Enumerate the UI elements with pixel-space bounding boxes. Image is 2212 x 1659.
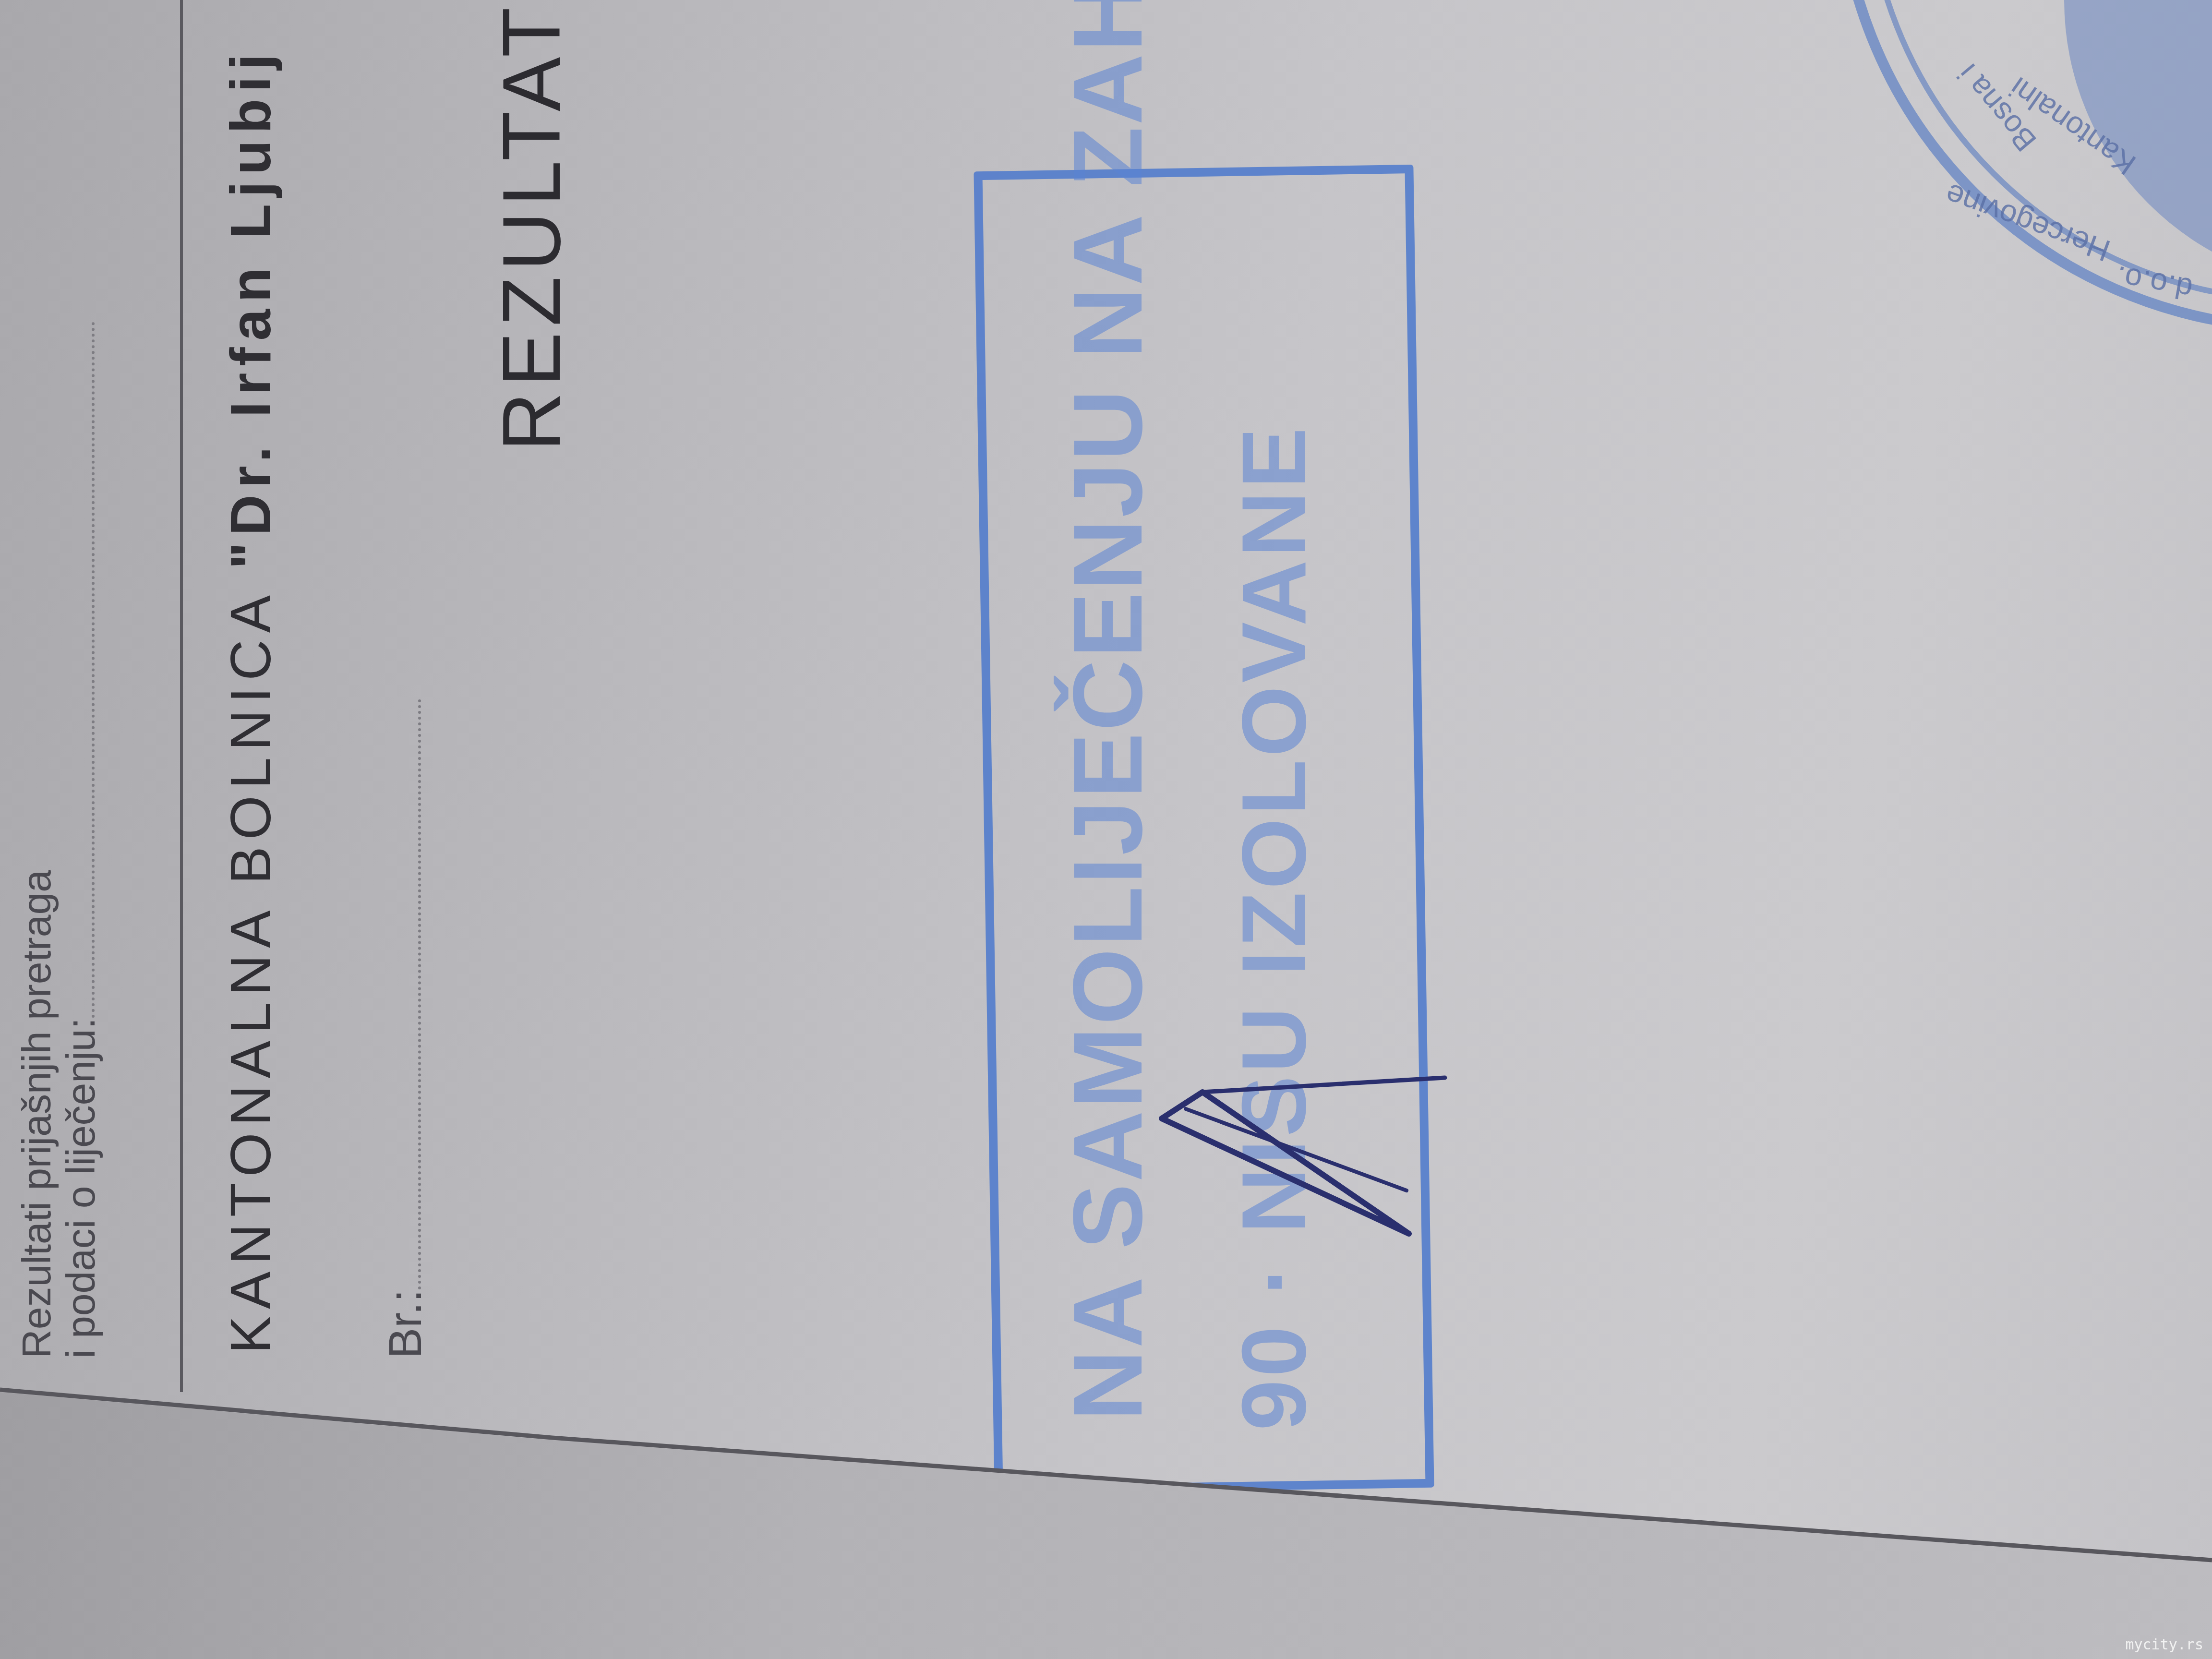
stamp-text-line-2: 90 · NISU IZOLOVANE — [1222, 425, 1326, 1431]
watermark: mycity.rs — [2125, 1636, 2203, 1653]
rectangular-stamp — [974, 165, 1434, 1494]
number-fill-line — [418, 699, 421, 1289]
document-heading: REZULTATI — [485, 0, 579, 451]
prior-results-fill-line — [92, 322, 95, 1018]
form-divider — [180, 0, 183, 1392]
number-field: Br.: — [379, 699, 432, 1358]
stamp-text-line-1: NA SAMOLIJEČENJU NA ZAHTJEV — [1051, 0, 1165, 1421]
hospital-name: KANTONALNA BOLNICA "Dr. Irfan Ljubij — [218, 47, 284, 1354]
prior-results-label: Rezultati prijašnjih pretraga i podaci o… — [14, 322, 103, 1358]
